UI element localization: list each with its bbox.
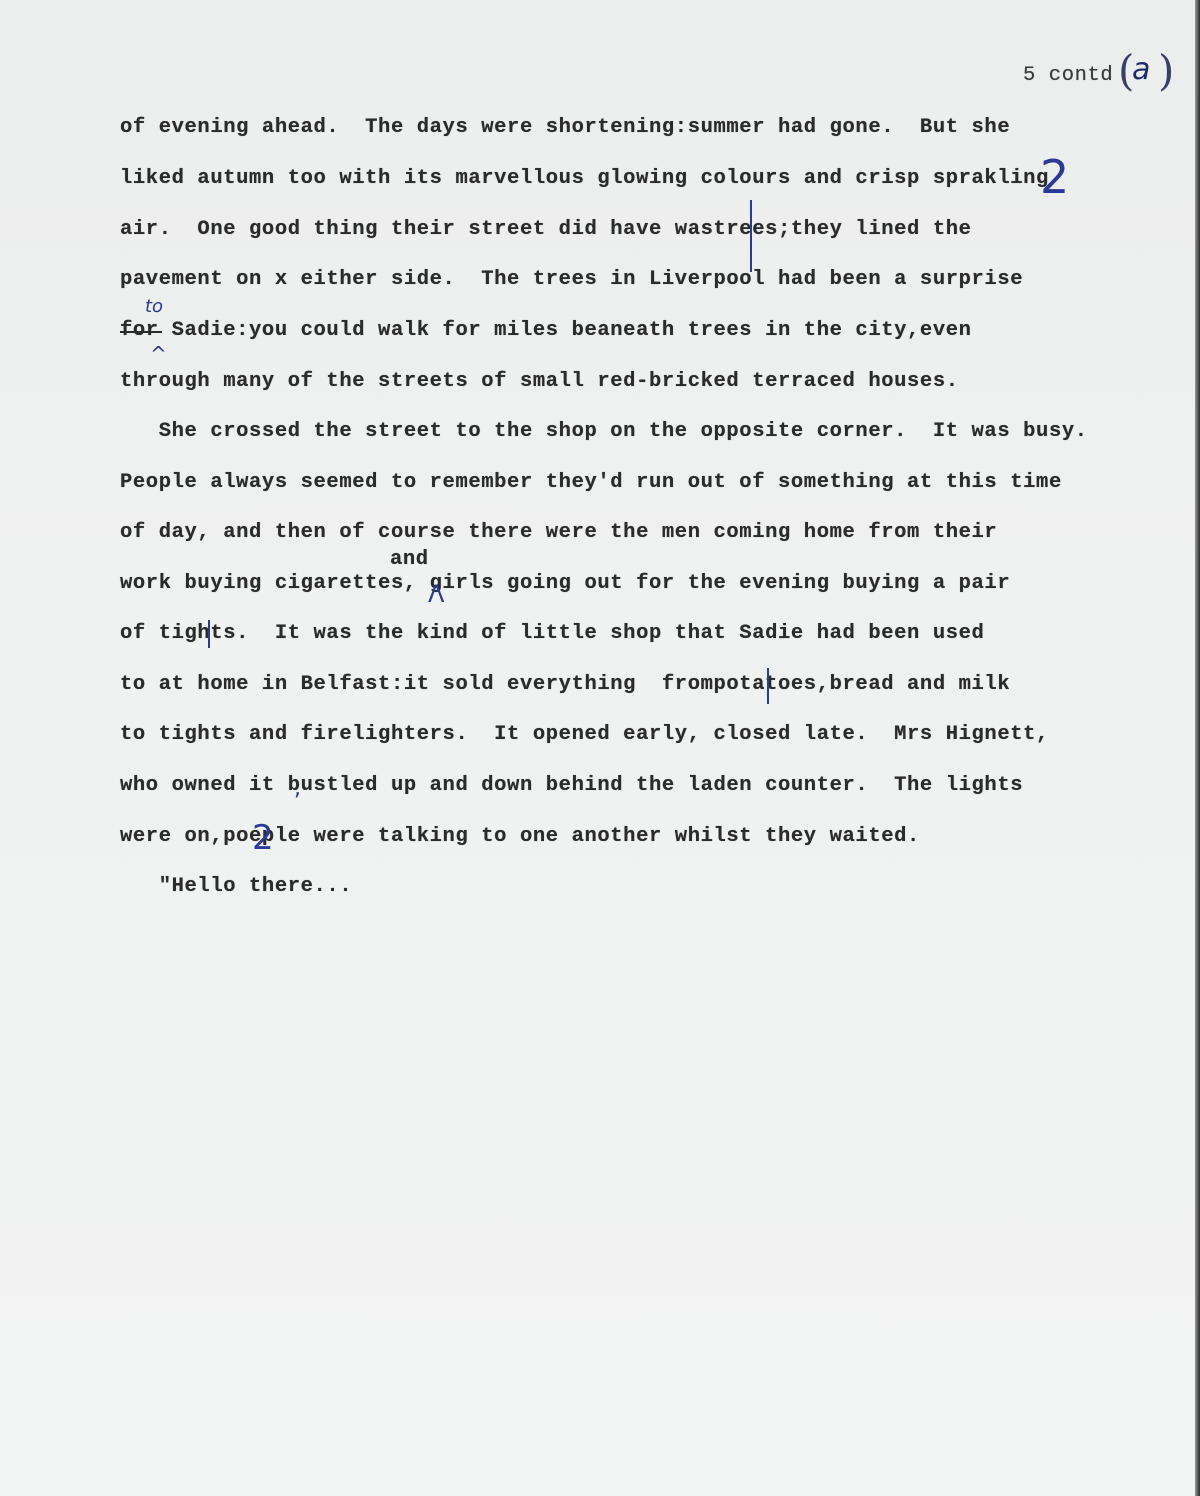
scan-edge (1195, 0, 1200, 1496)
text-line: People always seemed to remember they'd … (120, 471, 1062, 494)
text-line: who owned it bustled up and down behind … (120, 774, 1023, 797)
text-line: pavement on x either side. The trees in … (120, 268, 1023, 291)
comma-insert-mark: , (294, 776, 301, 801)
text-line: of tights. It was the kind of little sho… (120, 622, 984, 645)
text-line: "Hello there... (120, 875, 352, 898)
text-line: work buying cigarettes, girls going out … (120, 572, 1010, 595)
text-line: through many of the streets of small red… (120, 370, 959, 393)
text-line: liked autumn too with its marvellous glo… (120, 167, 1049, 190)
text-line: to at home in Belfast:it sold everything… (120, 673, 1010, 696)
page-header: 5 contd (1023, 64, 1113, 87)
insert-caret: Λ (428, 580, 444, 608)
text-line: of day, and then of course there were th… (120, 521, 997, 544)
circle-right-mark: ) (1158, 46, 1174, 95)
transpose-mark: 2 (252, 818, 274, 858)
word-separator-mark (750, 200, 752, 272)
text-line: of evening ahead. The days were shorteni… (120, 116, 1010, 139)
text-line: for Sadie:you could walk for miles beane… (120, 319, 972, 342)
insert-to-mark: to (145, 296, 163, 317)
correction-mark (208, 620, 210, 648)
text-line: to tights and firelighters. It opened ea… (120, 723, 1049, 746)
handwritten-page-label: a (1132, 52, 1150, 87)
word-separator-mark (767, 668, 769, 704)
text-line: air. One good thing their street did hav… (120, 218, 972, 241)
text-line: She crossed the street to the shop on th… (120, 420, 1088, 443)
insert-and-text: and (390, 548, 429, 571)
transpose-mark: 2 (1040, 150, 1069, 204)
insert-caret: ^ (150, 342, 167, 366)
strikethrough-for (120, 331, 162, 333)
text-line: were on,poeple were talking to one anoth… (120, 825, 920, 848)
typescript-page: 5 contd ( a ) of evening ahead. The days… (0, 0, 1195, 1496)
